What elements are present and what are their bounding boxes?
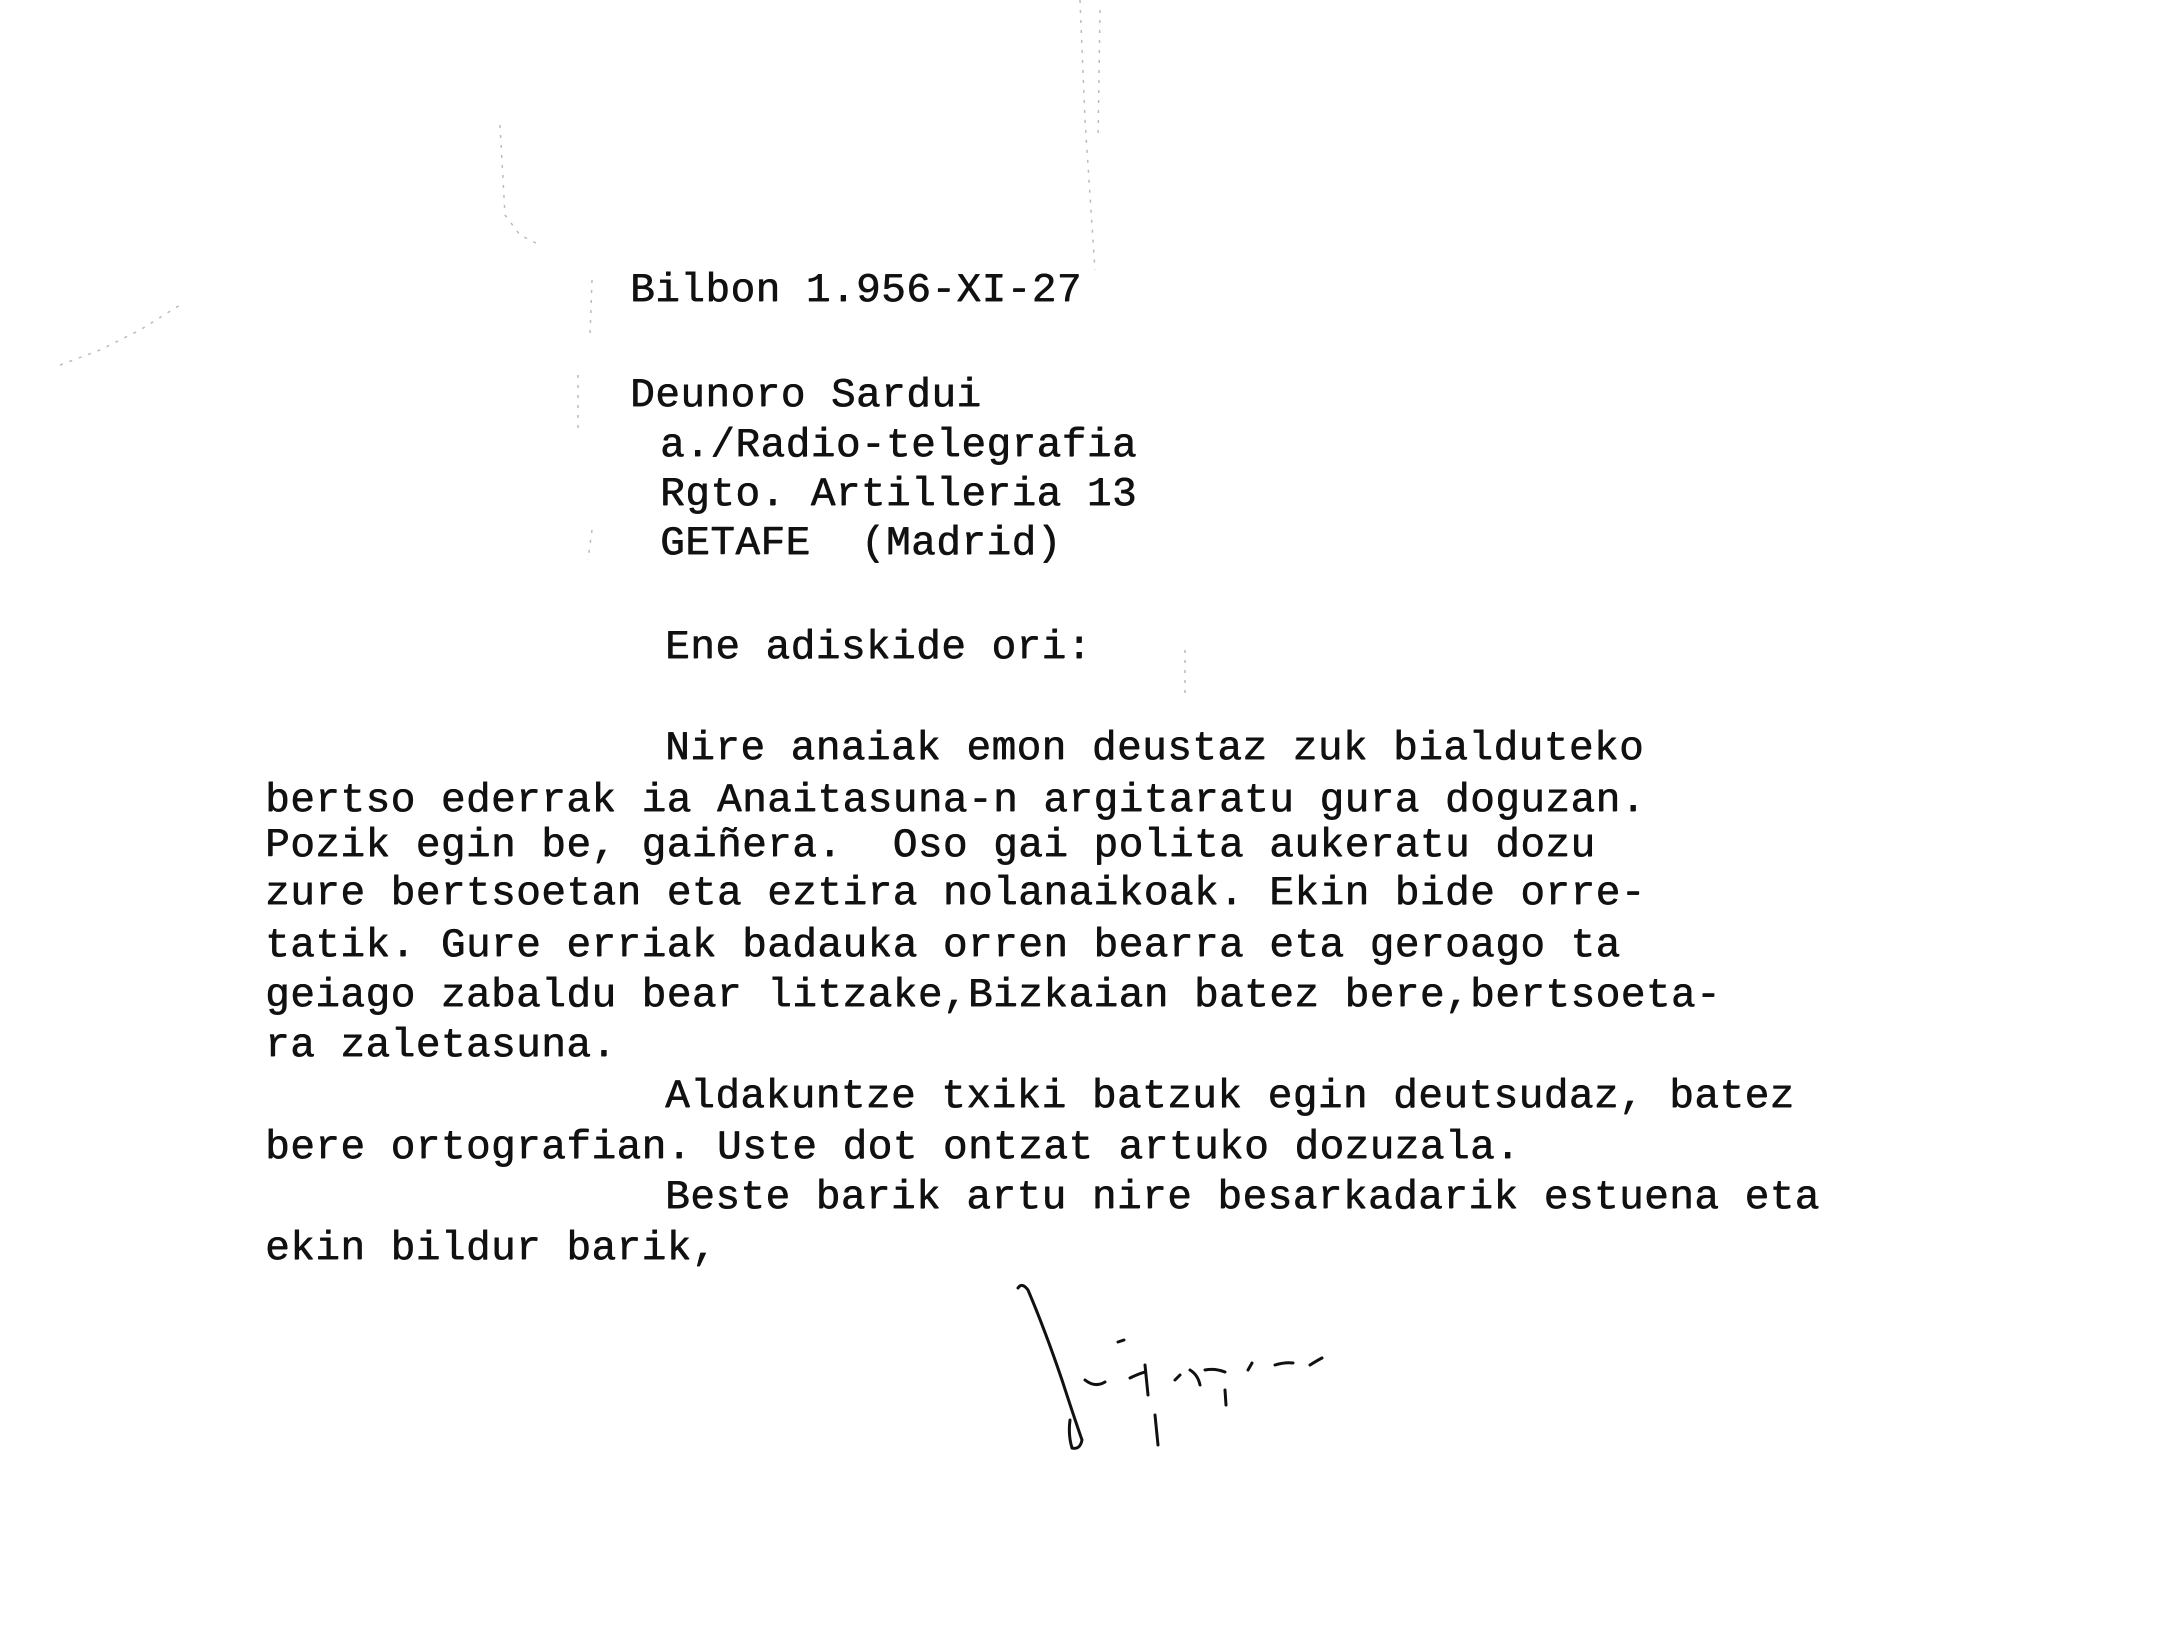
signature-scribble <box>1000 1270 1340 1470</box>
recipient-name: Deunoro Sardui <box>630 375 981 418</box>
salutation: Ene adiskide ori: <box>665 627 1092 670</box>
recipient-address-line: Rgto. Artilleria 13 <box>660 474 1137 517</box>
body-line: bertso ederrak ia Anaitasuna-n argitarat… <box>265 780 1646 823</box>
letter-page: Bilbon 1.956-XI-27 Deunoro Sardui a./Rad… <box>0 0 2160 1629</box>
body-line: tatik. Gure erriak badauka orren bearra … <box>265 925 1621 968</box>
recipient-address-line: GETAFE (Madrid) <box>660 523 1062 566</box>
body-line: ra zaletasuna. <box>265 1025 616 1068</box>
body-line: bere ortografian. Uste dot ontzat artuko… <box>265 1127 1520 1170</box>
closing-line: ekin bildur barik, <box>265 1228 717 1271</box>
body-line: geiago zabaldu bear litzake,Bizkaian bat… <box>265 975 1721 1018</box>
body-line: Nire anaiak emon deustaz zuk bialduteko <box>665 728 1644 771</box>
body-line: Aldakuntze txiki batzuk egin deutsudaz, … <box>665 1076 1795 1119</box>
body-line: zure bertsoetan eta eztira nolanaikoak. … <box>265 873 1646 916</box>
recipient-address-line: a./Radio-telegrafia <box>660 425 1137 468</box>
body-line: Pozik egin be, gaiñera. Oso gai polita a… <box>265 825 1596 868</box>
dateline: Bilbon 1.956-XI-27 <box>630 270 1082 313</box>
body-line: Beste barik artu nire besarkadarik estue… <box>665 1177 1820 1220</box>
